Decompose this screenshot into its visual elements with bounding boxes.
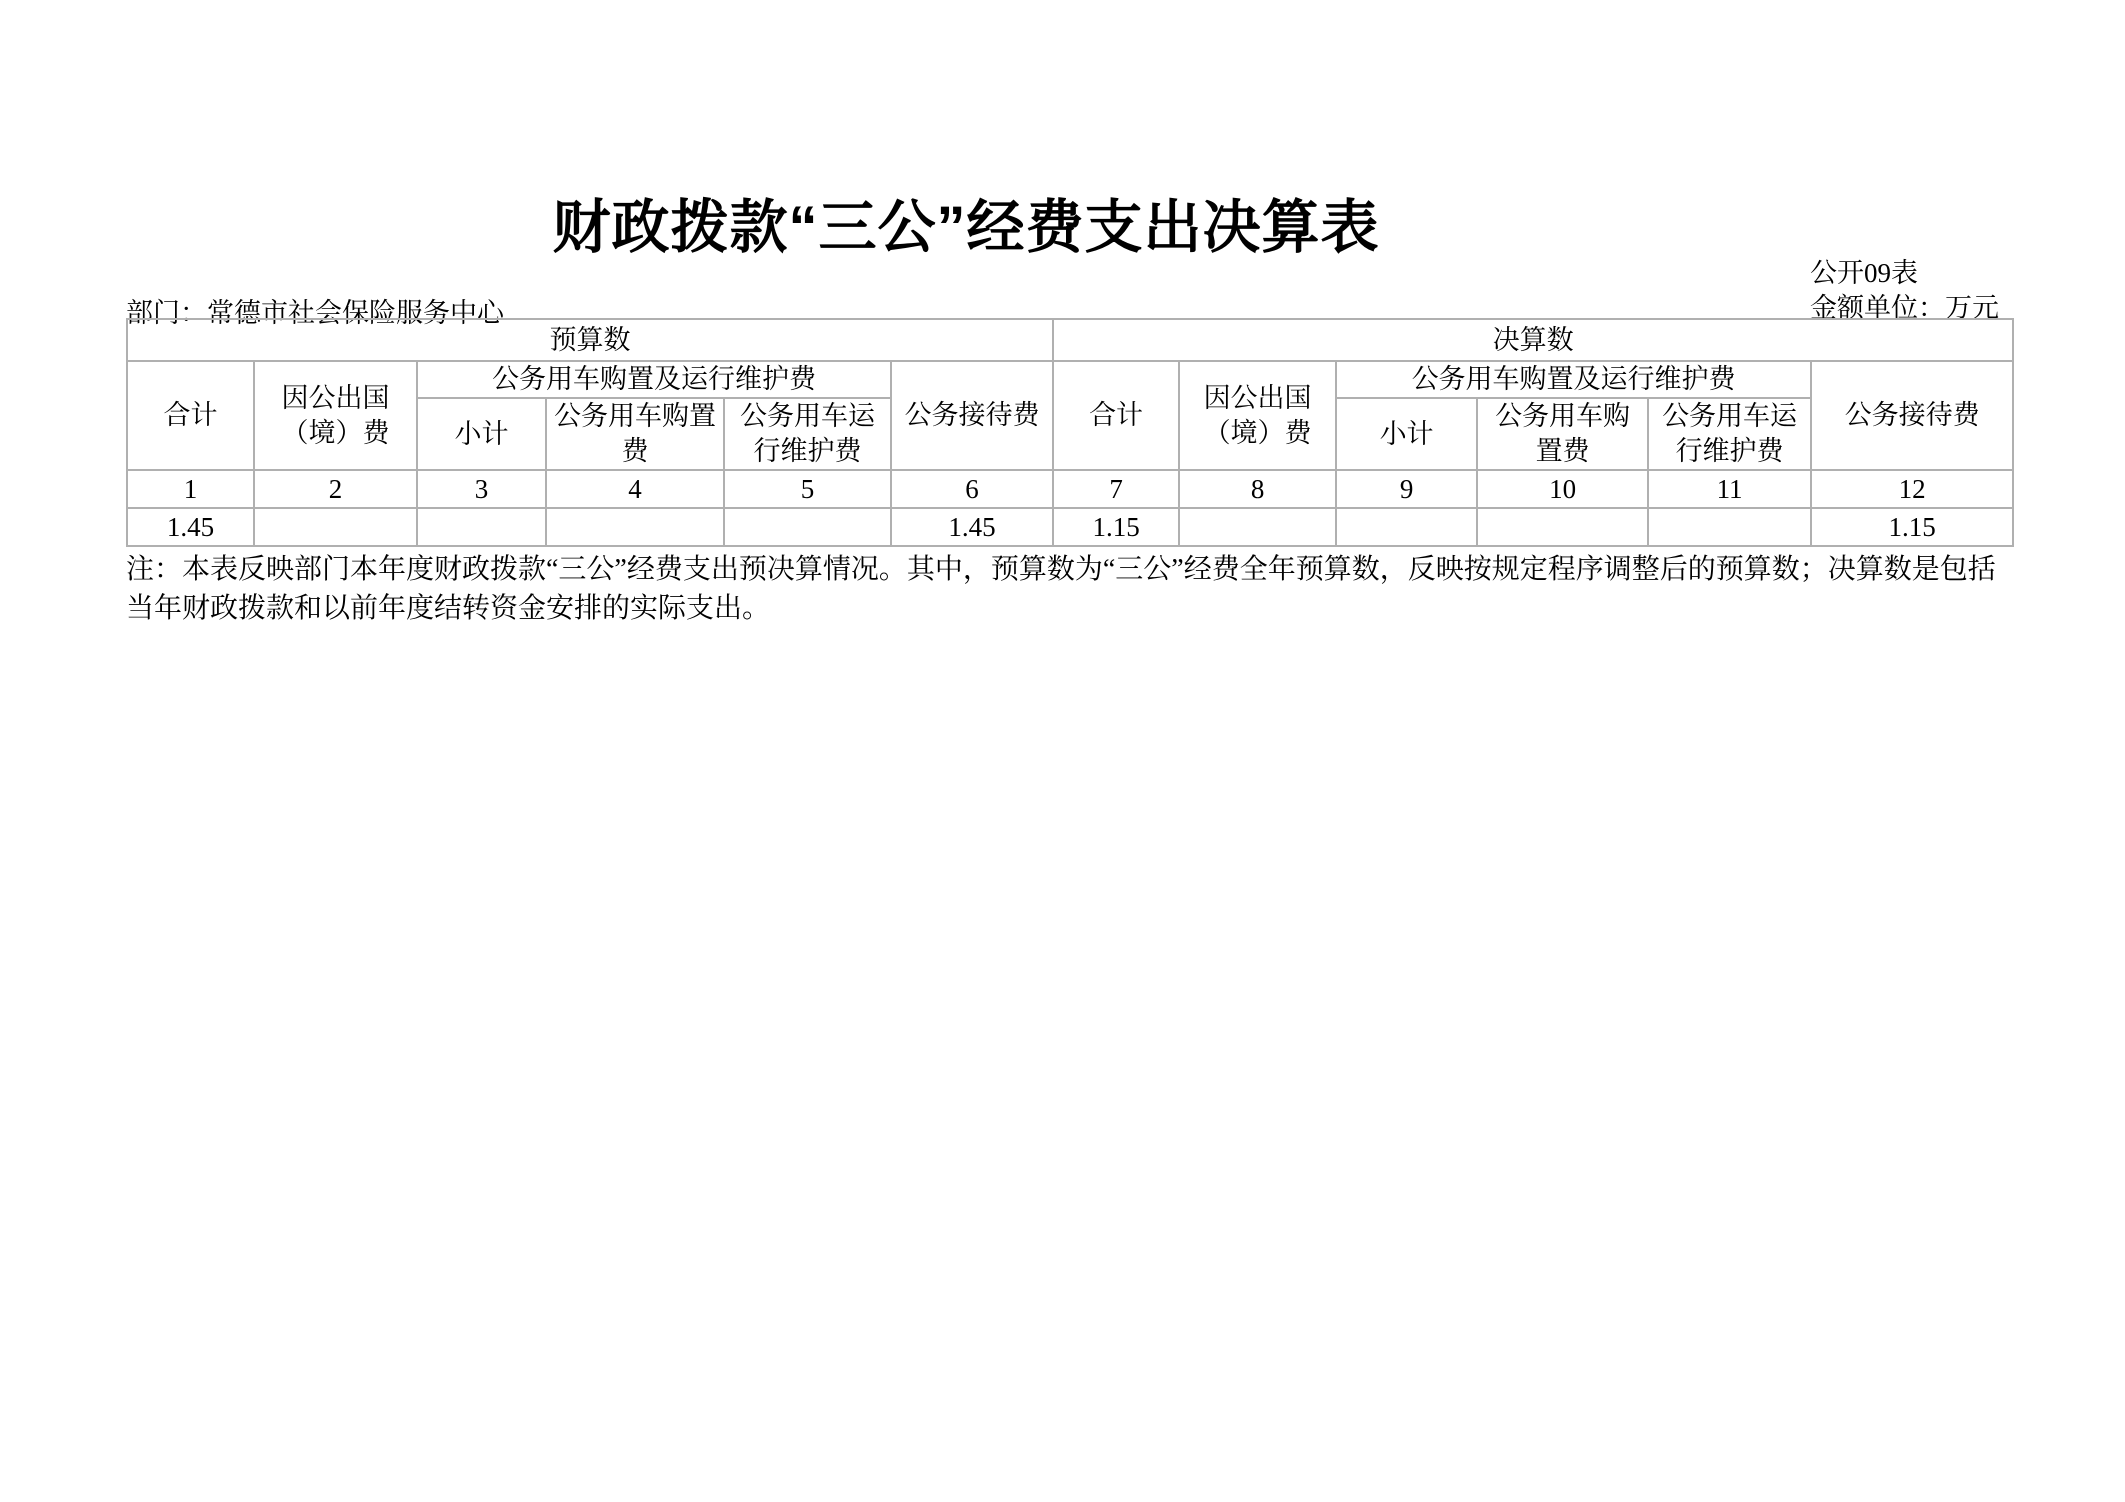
table-footnote: 注：本表反映部门本年度财政拨款“三公”经费支出预决算情况。其中，预算数为“三公”… [126, 550, 2018, 628]
header-final-vehicle-purchase: 公务用车购置费 [1477, 398, 1648, 470]
header-budget-vehicle-purchase: 公务用车购置费 [546, 398, 724, 470]
value-cell-budget-vehicle-purchase [546, 508, 724, 546]
header-final-abroad: 因公出国（境）费 [1179, 361, 1336, 470]
column-number-cell: 8 [1179, 470, 1336, 508]
header-budget-total: 合计 [127, 361, 254, 470]
column-number-cell: 3 [417, 470, 546, 508]
column-number-cell: 6 [891, 470, 1053, 508]
form-code-label: 公开09表 [1810, 256, 1999, 291]
value-cell-budget-reception: 1.45 [891, 508, 1053, 546]
header-final-total: 合计 [1053, 361, 1179, 470]
value-cell-budget-vehicle-operation [724, 508, 891, 546]
column-number-cell: 12 [1811, 470, 2013, 508]
column-number-cell: 1 [127, 470, 254, 508]
header-budget-vehicle-group: 公务用车购置及运行维护费 [417, 361, 891, 398]
column-number-cell: 11 [1648, 470, 1811, 508]
value-cell-final-vehicle-operation [1648, 508, 1811, 546]
value-row: 1.45 1.45 1.15 1.15 [127, 508, 2013, 546]
section-header-final: 决算数 [1053, 319, 2013, 361]
value-cell-final-vehicle-purchase [1477, 508, 1648, 546]
column-number-cell: 10 [1477, 470, 1648, 508]
value-cell-budget-total: 1.45 [127, 508, 254, 546]
section-header-row: 预算数 决算数 [127, 319, 2013, 361]
header-final-vehicle-operation: 公务用车运行维护费 [1648, 398, 1811, 470]
page-title: 财政拨款“三公”经费支出决算表 [126, 180, 1806, 264]
group-header-row: 合计 因公出国（境）费 公务用车购置及运行维护费 公务接待费 合计 因公出国（境… [127, 361, 2013, 398]
header-budget-vehicle-subtotal: 小计 [417, 398, 546, 470]
value-cell-final-reception: 1.15 [1811, 508, 2013, 546]
header-budget-vehicle-operation: 公务用车运行维护费 [724, 398, 891, 470]
column-number-cell: 4 [546, 470, 724, 508]
header-budget-reception: 公务接待费 [891, 361, 1053, 470]
header-budget-abroad: 因公出国（境）费 [254, 361, 417, 470]
header-final-reception: 公务接待费 [1811, 361, 2013, 470]
column-number-cell: 9 [1336, 470, 1477, 508]
value-cell-budget-vehicle-subtotal [417, 508, 546, 546]
value-cell-final-vehicle-subtotal [1336, 508, 1477, 546]
column-number-cell: 2 [254, 470, 417, 508]
section-header-budget: 预算数 [127, 319, 1053, 361]
column-number-cell: 5 [724, 470, 891, 508]
three-public-expense-table: 预算数 决算数 合计 因公出国（境）费 公务用车购置及运行维护费 公务接待费 合… [126, 318, 2014, 547]
value-cell-final-total: 1.15 [1053, 508, 1179, 546]
column-number-cell: 7 [1053, 470, 1179, 508]
meta-right-block: 公开09表 金额单位：万元 [1810, 256, 1999, 326]
value-cell-final-abroad [1179, 508, 1336, 546]
column-number-row: 1 2 3 4 5 6 7 8 9 10 11 12 [127, 470, 2013, 508]
value-cell-budget-abroad [254, 508, 417, 546]
header-final-vehicle-subtotal: 小计 [1336, 398, 1477, 470]
header-final-vehicle-group: 公务用车购置及运行维护费 [1336, 361, 1811, 398]
